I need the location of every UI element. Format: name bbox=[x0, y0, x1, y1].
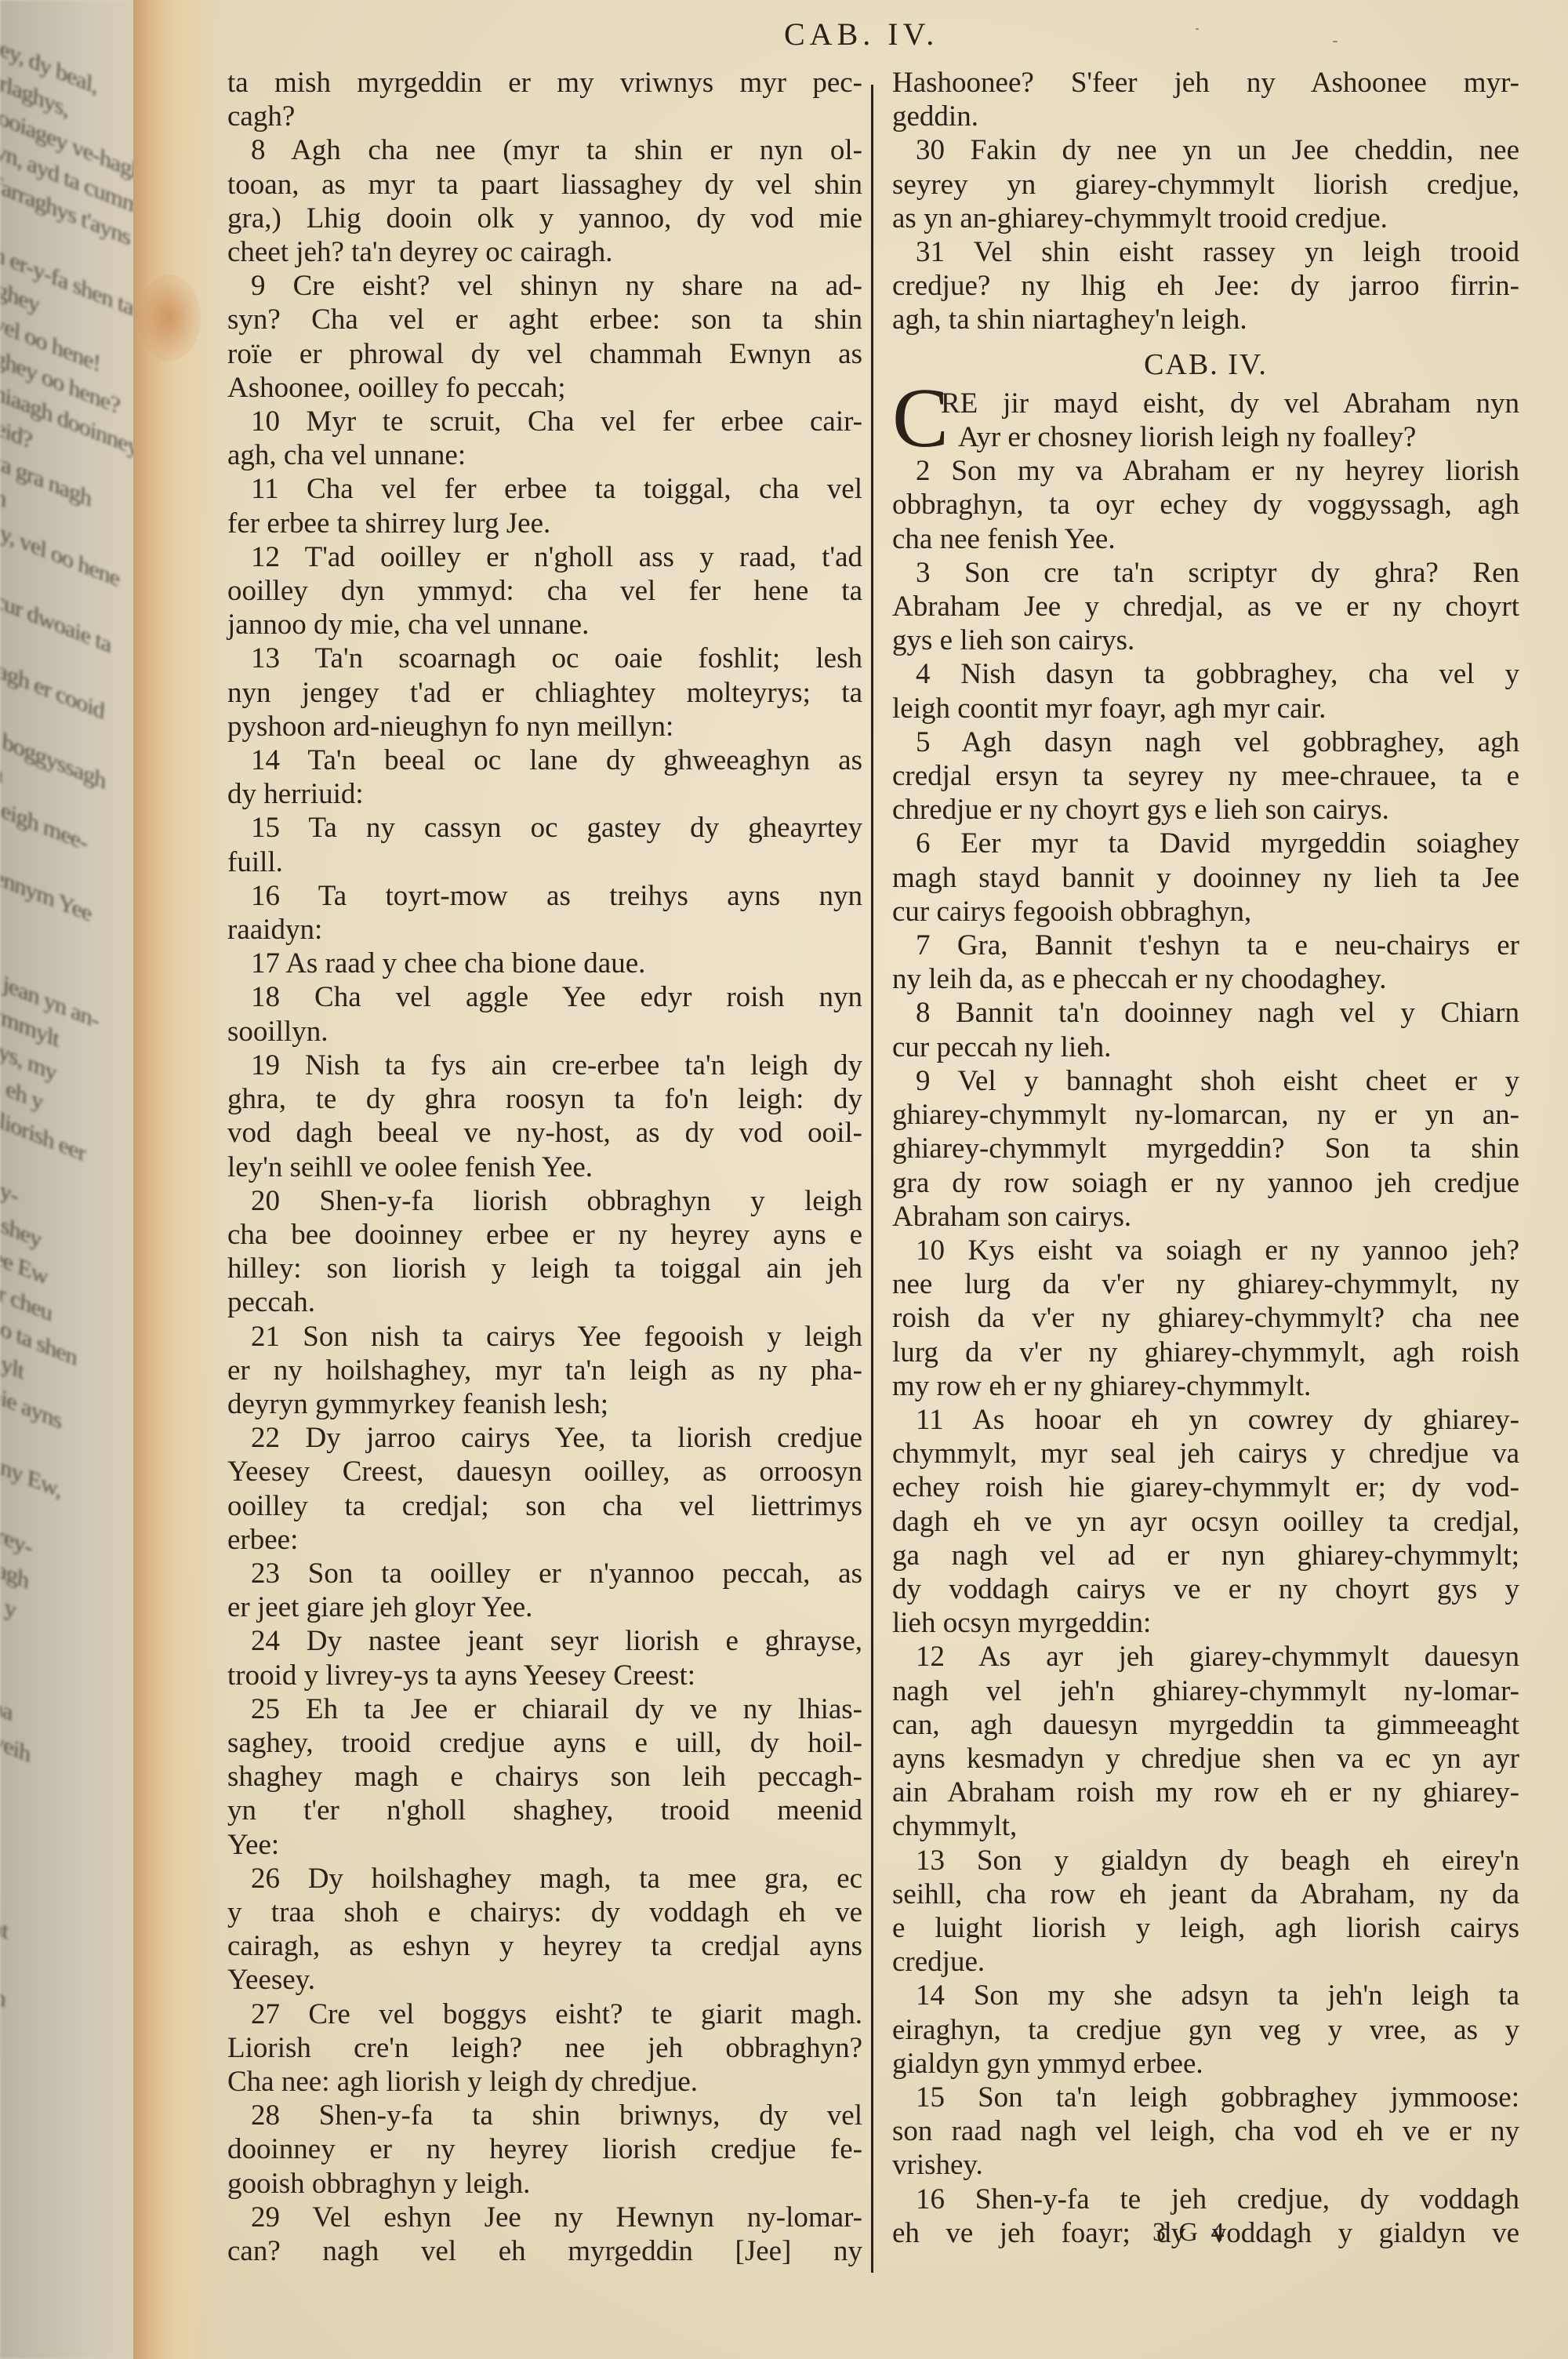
text-line: e luight liorish y leigh, agh liorish ca… bbox=[892, 1911, 1519, 1945]
text-line: 31 Vel shin eisht rassey yn leigh trooid bbox=[892, 235, 1519, 269]
text-line: yn t'er n'gholl shaghey, trooid meenid bbox=[227, 1794, 862, 1827]
text-line: ooilley dyn ymmyd: cha vel fer hene ta bbox=[227, 574, 862, 608]
facing-page: ...shey, dy beal, Coyrlaghys, yn vooiage… bbox=[0, 0, 143, 2359]
text-line: ny leih da, as e pheccah er ny choodaghe… bbox=[892, 962, 1519, 996]
text-line: ain Abraham roish my row eh er ny ghiare… bbox=[892, 1776, 1519, 1809]
text-line: 11 Cha vel fer erbee ta toiggal, cha vel bbox=[227, 472, 862, 506]
facing-page-chapter-start: REN vondeish eisht t'ec yn Ew? nee cosne… bbox=[0, 1851, 9, 2128]
text-line: can? nagh vel eh myrgeddin [Jee] ny bbox=[227, 2234, 862, 2268]
text-line: deyryn gymmyrkey feanish lesh; bbox=[227, 1387, 862, 1421]
text-line: chymmylt, bbox=[892, 1809, 1519, 1843]
right-column-verses: 2 Son my va Abraham er ny heyrey liorish… bbox=[892, 454, 1519, 2250]
running-head: CAB. IV. bbox=[784, 16, 1019, 53]
text-line: shaghey magh e chairys son leih peccagh- bbox=[227, 1760, 862, 1794]
text-line: seyrey yn giarey-chymmylt liorish credju… bbox=[892, 168, 1519, 202]
left-text-column: ta mish myrgeddin er my vriwnys myr pec-… bbox=[227, 66, 862, 2268]
text-line: Yee: bbox=[227, 1828, 862, 1862]
text-line: 27 Cre vel boggys eisht? te giarit magh. bbox=[227, 1997, 862, 2031]
foxing-stain bbox=[138, 274, 201, 361]
facing-page-body: ...shey, dy beal, Coyrlaghys, yn vooiage… bbox=[0, 22, 143, 1768]
text-line: 25 Eh ta Jee er chiarail dy ve ny lhias- bbox=[227, 1692, 862, 1726]
text-line: 2 Son my va Abraham er ny heyrey liorish bbox=[892, 454, 1519, 488]
chapter-heading: CAB. IV. bbox=[892, 348, 1519, 382]
text-line: Abraham son cairys. bbox=[892, 1200, 1519, 1234]
text-line: Hashoonee? S'feer jeh ny Ashoonee myr- bbox=[892, 66, 1519, 100]
text-line: dy voddagh cairys ve er ny choyrt gys y bbox=[892, 1572, 1519, 1606]
text-line: gys e lieh son cairys. bbox=[892, 623, 1519, 657]
text-line: lurg da v'er ny ghiarey-chymmylt, agh ro… bbox=[892, 1336, 1519, 1369]
text-line: 10 Myr te scruit, Cha vel fer erbee cair… bbox=[227, 405, 862, 438]
text-line: cairagh, as eshyn y heyrey ta credjal ay… bbox=[227, 1929, 862, 1963]
text-line: 10 Kys eisht va soiagh er ny yannoo jeh? bbox=[892, 1234, 1519, 1267]
text-line: chredjue er ny choyrt gys e lieh son cai… bbox=[892, 793, 1519, 827]
text-line: 13 Son y gialdyn dy beagh eh eirey'n bbox=[892, 1844, 1519, 1877]
text-line: 15 Son ta'n leigh gobbraghey jymmoose: bbox=[892, 2081, 1519, 2114]
text-line: dooinney er ny heyrey liorish credjue fe… bbox=[227, 2132, 862, 2166]
text-line: dy herriuid: bbox=[227, 777, 862, 811]
text-line: Liorish cre'n leigh? nee jeh obbraghyn? bbox=[227, 2031, 862, 2065]
book-page: ...shey, dy beal, Coyrlaghys, yn vooiage… bbox=[0, 0, 1568, 2359]
text-line: Yeesey Creest, dauesyn ooilley, as orroo… bbox=[227, 1455, 862, 1488]
right-text-column: Hashoonee? S'feer jeh ny Ashoonee myr-ge… bbox=[892, 66, 1519, 2250]
text-line: seihll, cha row eh jeant da Abraham, ny … bbox=[892, 1877, 1519, 1911]
text-line: 12 As ayr jeh giarey-chymmylt dauesyn bbox=[892, 1640, 1519, 1674]
text-line: 11 As hooar eh yn cowrey dy ghiarey- bbox=[892, 1403, 1519, 1437]
text-line: saghey, trooid credjue ayns e uill, dy h… bbox=[227, 1726, 862, 1760]
text-line: gra dy row soiagh er ny yannoo jeh credj… bbox=[892, 1166, 1519, 1200]
text-line: lieh ocsyn myrgeddin: bbox=[892, 1606, 1519, 1640]
text-line: 8 Agh cha nee (myr ta shin er nyn ol- bbox=[227, 133, 862, 167]
chapter-opening: C RE jir mayd eisht, dy vel Abraham nyn … bbox=[892, 387, 1519, 454]
text-line: 17 As raad y chee cha bione daue. bbox=[227, 947, 862, 980]
text-line: nagh vel jeh'n ghiarey-chymmylt ny-lomar… bbox=[892, 1674, 1519, 1708]
drop-cap-line: Ayr er chosney liorish leigh ny foalley? bbox=[892, 420, 1519, 454]
text-line: pyshoon ard-nieughyn fo nyn meillyn: bbox=[227, 710, 862, 743]
text-line: son raad nagh vel leigh, cha vod eh ve e… bbox=[892, 2114, 1519, 2148]
text-line: ayns kesmadyn y chredjue shen va ec yn a… bbox=[892, 1742, 1519, 1776]
text-line: 23 Son ta ooilley er n'yannoo peccah, as bbox=[227, 1557, 862, 1590]
text-line: cur cairys fegooish obbraghyn, bbox=[892, 895, 1519, 929]
text-line: cur peccah ny lieh. bbox=[892, 1030, 1519, 1064]
text-line: ta mish myrgeddin er my vriwnys myr pec- bbox=[227, 66, 862, 100]
text-line: syn? Cha vel er aght erbee: son ta shin bbox=[227, 303, 862, 336]
facing-page-text: ...shey, dy beal, Coyrlaghys, yn vooiage… bbox=[0, 0, 143, 2163]
text-line: chymmylt, myr seal jeh cairys y chredjue… bbox=[892, 1437, 1519, 1470]
text-line: 7 Gra, Bannit t'eshyn ta e neu-chairys e… bbox=[892, 929, 1519, 962]
text-line: roish da v'er ny ghiarey-chymmylt? cha n… bbox=[892, 1301, 1519, 1335]
text-line: er ny hoilshaghey, myr ta'n leigh as ny … bbox=[227, 1354, 862, 1387]
text-line: my row eh er ny ghiarey-chymmylt. bbox=[892, 1369, 1519, 1403]
drop-cap-line: RE jir mayd eisht, dy vel Abraham nyn bbox=[892, 387, 1519, 420]
text-line: credjue. bbox=[892, 1945, 1519, 1979]
text-line: obbraghyn, ta oyr echey dy voggyssagh, a… bbox=[892, 488, 1519, 522]
text-line: jannoo dy mie, cha vel unnane. bbox=[227, 608, 862, 642]
text-line: ga nagh vel ad er nyn ghiarey-chymmylt; bbox=[892, 1539, 1519, 1572]
text-line: 3 Son cre ta'n scriptyr dy ghra? Ren bbox=[892, 556, 1519, 590]
text-line: fer erbee ta shirrey lurg Jee. bbox=[227, 507, 862, 540]
text-line: sooillyn. bbox=[227, 1015, 862, 1049]
text-line: 5 Agh dasyn nagh vel gobbraghey, agh bbox=[892, 725, 1519, 759]
text-line: raaidyn: bbox=[227, 913, 862, 947]
text-line: 14 Ta'n beeal oc lane dy ghweeaghyn as bbox=[227, 743, 862, 777]
text-line: 15 Ta ny cassyn oc gastey dy gheayrtey bbox=[227, 811, 862, 845]
text-line: magh stayd bannit y dooinney ny lieh ta … bbox=[892, 861, 1519, 895]
paper-speck bbox=[1196, 28, 1199, 30]
text-line: fuill. bbox=[227, 845, 862, 879]
column-divider-rule bbox=[871, 85, 873, 2273]
text-line: er jeet giare jeh gloyr Yee. bbox=[227, 1590, 862, 1624]
text-line: 24 Dy nastee jeant seyr liorish e ghrays… bbox=[227, 1624, 862, 1658]
text-line: 22 Dy jarroo cairys Yee, ta liorish cred… bbox=[227, 1421, 862, 1455]
text-line: 16 Shen-y-fa te jeh credjue, dy voddagh bbox=[892, 2183, 1519, 2216]
text-line: geddin. bbox=[892, 100, 1519, 133]
text-line: agh, ta shin niartaghey'n leigh. bbox=[892, 303, 1519, 336]
text-line: as yn an-ghiarey-chymmylt trooid credjue… bbox=[892, 202, 1519, 235]
text-line: 21 Son nish ta cairys Yee fegooish y lei… bbox=[227, 1320, 862, 1354]
text-line: vod dagh beeal ve ny-host, as dy vod ooi… bbox=[227, 1116, 862, 1150]
text-line: cagh? bbox=[227, 100, 862, 133]
text-line: can, agh dauesyn myrgeddin ta gimmeeaght bbox=[892, 1708, 1519, 1742]
text-line: vrishey. bbox=[892, 2148, 1519, 2182]
paper-speck bbox=[1333, 41, 1338, 42]
right-column-continuation: Hashoonee? S'feer jeh ny Ashoonee myr-ge… bbox=[892, 66, 1519, 337]
text-line: Ashoonee, ooilley fo peccah; bbox=[227, 371, 862, 405]
text-line: 26 Dy hoilshaghey magh, ta mee gra, ec bbox=[227, 1862, 862, 1896]
drop-cap: C bbox=[892, 383, 949, 454]
text-line: gra,) Lhig dooin olk y yannoo, dy vod mi… bbox=[227, 202, 862, 235]
text-line: credjal ersyn ta seyrey ny mee-chrauee, … bbox=[892, 759, 1519, 793]
text-line: 14 Son my she adsyn ta jeh'n leigh ta bbox=[892, 1979, 1519, 2012]
text-line: nyn jengey t'ad er chliaghtey molteyrys;… bbox=[227, 676, 862, 710]
facing-page-chapter-heading: CAB. III. bbox=[0, 1757, 45, 1870]
text-line: 19 Nish ta fys ain cre-erbee ta'n leigh … bbox=[227, 1049, 862, 1082]
text-line: ooilley ta credjal; son cha vel liettrim… bbox=[227, 1489, 862, 1523]
text-line: 16 Ta toyrt-mow as treihys ayns nyn bbox=[227, 879, 862, 913]
text-line: 9 Cre eisht? vel shinyn ny share na ad- bbox=[227, 269, 862, 303]
text-line: 20 Shen-y-fa liorish obbraghyn y leigh bbox=[227, 1184, 862, 1218]
text-line: 30 Fakin dy nee yn un Jee cheddin, nee bbox=[892, 133, 1519, 167]
text-line: cha bee dooinney erbee er ny heyrey ayns… bbox=[227, 1218, 862, 1252]
text-line: 29 Vel eshyn Jee ny Hewnyn ny-lomar- bbox=[227, 2201, 862, 2234]
text-line: 13 Ta'n scoarnagh oc oaie foshlit; lesh bbox=[227, 642, 862, 675]
text-line: ghra, te dy ghra roosyn ta fo'n leigh: d… bbox=[227, 1082, 862, 1116]
text-line: cha nee fenish Yee. bbox=[892, 522, 1519, 556]
text-line: ley'n seihll ve oolee fenish Yee. bbox=[227, 1150, 862, 1184]
text-line: Cha nee: agh liorish y leigh dy chredjue… bbox=[227, 2065, 862, 2099]
text-line: 12 T'ad ooilley er n'gholl ass y raad, t… bbox=[227, 540, 862, 574]
text-line: y traa shoh e chairys: dy voddagh eh ve bbox=[227, 1896, 862, 1929]
text-line: erbee: bbox=[227, 1523, 862, 1557]
text-line: eiraghyn, ta credjue gyn veg y vree, as … bbox=[892, 2013, 1519, 2047]
text-line: roïe er phrowal dy vel chammah Ewnyn as bbox=[227, 337, 862, 371]
text-line: peccah. bbox=[227, 1285, 862, 1319]
text-line: 8 Bannit ta'n dooinney nagh vel y Chiarn bbox=[892, 996, 1519, 1030]
text-line: dagh eh ve yn ayr ocsyn ooilley ta credj… bbox=[892, 1505, 1519, 1539]
text-line: Abraham Jee y chredjal, as ve er ny choy… bbox=[892, 590, 1519, 623]
text-line: hilley: son liorish y leigh ta toiggal a… bbox=[227, 1252, 862, 1285]
text-line: gooish obbraghyn y leigh. bbox=[227, 2167, 862, 2201]
text-line: echey roish hie giarey-chymmylt er; dy v… bbox=[892, 1470, 1519, 1504]
signature-mark: 3 G 4 bbox=[1152, 2218, 1309, 2248]
text-line: Yeesey. bbox=[227, 1963, 862, 1997]
text-line: tooan, as myr ta paart liassaghey dy vel… bbox=[227, 168, 862, 202]
text-line: cheet jeh? ta'n deyrey oc cairagh. bbox=[227, 235, 862, 269]
text-line: 6 Eer myr ta David myrgeddin soiaghey bbox=[892, 827, 1519, 860]
text-line: credjue? ny lhig eh Jee: dy jarroo firri… bbox=[892, 269, 1519, 303]
text-line: trooid y livrey-ys ta ayns Yeesey Creest… bbox=[227, 1659, 862, 1692]
text-line: gialdyn gyn ymmyd erbee. bbox=[892, 2047, 1519, 2081]
text-line: leigh coontit myr foayr, agh myr cair. bbox=[892, 692, 1519, 725]
text-line: 4 Nish dasyn ta gobbraghey, cha vel y bbox=[892, 657, 1519, 691]
text-line: agh, cha vel unnane: bbox=[227, 438, 862, 472]
text-line: 18 Cha vel aggle Yee edyr roish nyn bbox=[227, 980, 862, 1014]
text-line: ghiarey-chymmylt ny-lomarcan, ny er yn a… bbox=[892, 1098, 1519, 1132]
text-line: 28 Shen-y-fa ta shin briwnys, dy vel bbox=[227, 2099, 862, 2132]
text-line: 9 Vel y bannaght shoh eisht cheet er y bbox=[892, 1064, 1519, 1098]
text-line: ghiarey-chymmylt myrgeddin? Son ta shin bbox=[892, 1132, 1519, 1165]
text-line: nee lurg da v'er ny ghiarey-chymmylt, ny bbox=[892, 1267, 1519, 1301]
